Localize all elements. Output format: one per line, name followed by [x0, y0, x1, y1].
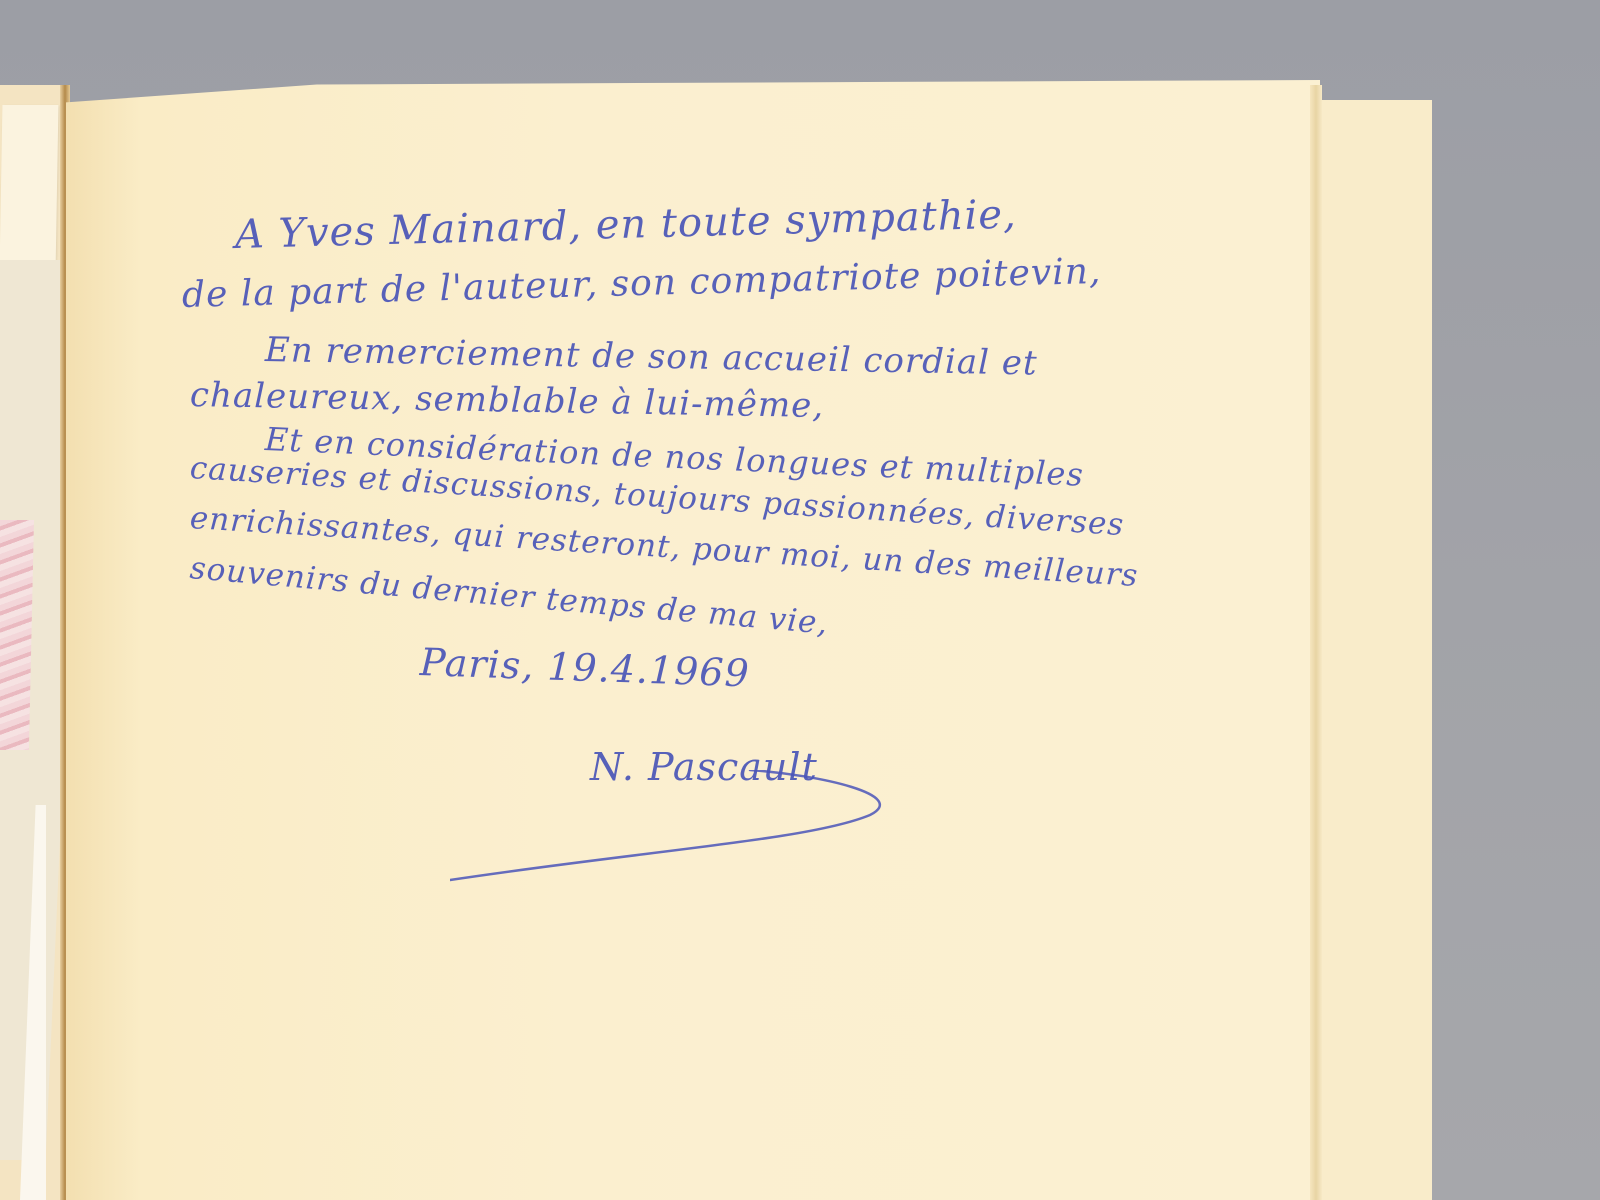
pink-insert [0, 520, 34, 750]
back-flap [1322, 100, 1432, 1200]
signature-flourish-icon [450, 770, 890, 890]
page-edge [1310, 85, 1322, 1200]
